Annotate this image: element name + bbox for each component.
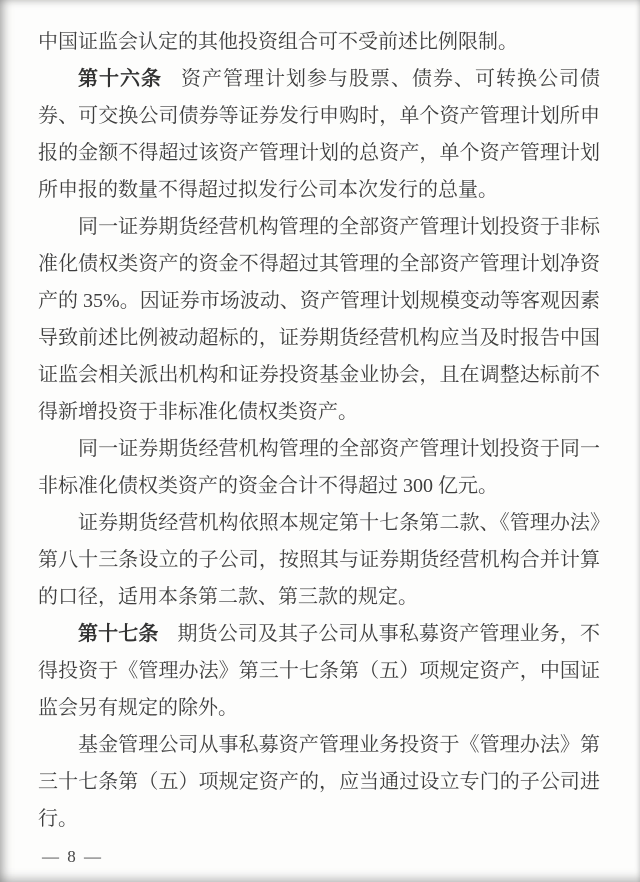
paragraph-article-16: 第十六条资产管理计划参与股票、债券、可转换公司债券、可交换公司债券等证券发行申购… bbox=[38, 61, 600, 209]
article-17-number: 第十七条 bbox=[78, 623, 159, 645]
paragraph-300yi-limit: 同一证券期货经营机构管理的全部资产管理计划投资于同一非标准化债权类资产的资金合计… bbox=[38, 431, 600, 505]
article-16-number: 第十六条 bbox=[78, 68, 162, 90]
paragraph-text: 同一证券期货经营机构管理的全部资产管理计划投资于非标准化债权类资产的资金不得超过… bbox=[38, 216, 600, 423]
paragraph-subsidiary-scope: 证券期货经营机构依照本规定第十七条第二款、《管理办法》第八十三条设立的子公司，按… bbox=[38, 505, 600, 616]
page-number: — 8 — bbox=[42, 845, 103, 869]
paragraph-text: 同一证券期货经营机构管理的全部资产管理计划投资于同一非标准化债权类资产的资金合计… bbox=[38, 438, 600, 497]
paragraph-text: 中国证监会认定的其他投资组合可不受前述比例限制。 bbox=[38, 31, 518, 53]
scanned-document-page: 中国证监会认定的其他投资组合可不受前述比例限制。 第十六条资产管理计划参与股票、… bbox=[0, 0, 640, 882]
paragraph-nonstandard-assets-35pct: 同一证券期货经营机构管理的全部资产管理计划投资于非标准化债权类资产的资金不得超过… bbox=[38, 209, 600, 431]
document-body: 中国证监会认定的其他投资组合可不受前述比例限制。 第十六条资产管理计划参与股票、… bbox=[38, 24, 600, 838]
paragraph-article-17: 第十七条期货公司及其子公司从事私募资产管理业务，不得投资于《管理办法》第三十七条… bbox=[38, 616, 600, 727]
paragraph-text: 基金管理公司从事私募资产管理业务投资于《管理办法》第三十七条第（五）项规定资产的… bbox=[38, 734, 600, 830]
paragraph-fund-company-subsidiary: 基金管理公司从事私募资产管理业务投资于《管理办法》第三十七条第（五）项规定资产的… bbox=[38, 727, 600, 838]
paragraph-text: 证券期货经营机构依照本规定第十七条第二款、《管理办法》第八十三条设立的子公司，按… bbox=[38, 512, 600, 608]
paragraph-continuation: 中国证监会认定的其他投资组合可不受前述比例限制。 bbox=[38, 24, 600, 61]
